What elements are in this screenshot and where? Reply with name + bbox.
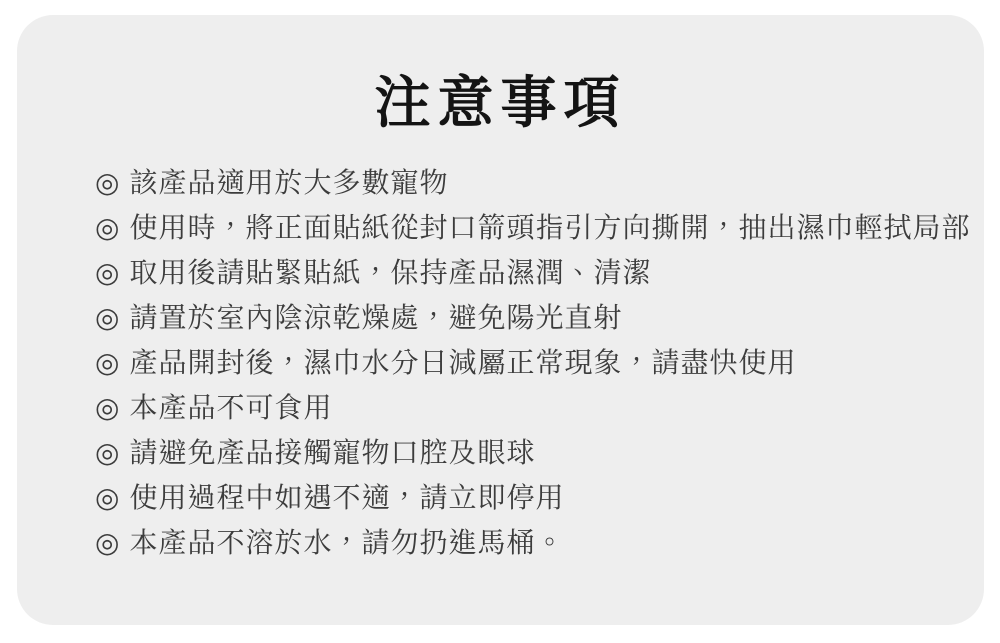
list-item-text: 請避免產品接觸寵物口腔及眼球 [129, 430, 535, 475]
list-item-text: 請置於室內陰涼乾燥處，避免陽光直射 [129, 295, 622, 340]
list-item: ◎ 取用後請貼緊貼紙，保持產品濕潤、清潔 [95, 250, 944, 295]
list-item-text: 本產品不溶於水，請勿扔進馬桶。 [129, 520, 564, 565]
list-item: ◎ 本產品不溶於水，請勿扔進馬桶。 [95, 520, 944, 565]
bullseye-bullet-icon: ◎ [95, 340, 120, 385]
bullseye-bullet-icon: ◎ [95, 475, 120, 520]
bullseye-bullet-icon: ◎ [95, 430, 120, 475]
list-item: ◎ 本產品不可食用 [95, 385, 944, 430]
list-item-text: 使用過程中如遇不適，請立即停用 [129, 475, 564, 520]
bullseye-bullet-icon: ◎ [95, 295, 120, 340]
bullseye-bullet-icon: ◎ [95, 160, 120, 205]
bullseye-bullet-icon: ◎ [95, 205, 120, 250]
list-item-text: 取用後請貼緊貼紙，保持產品濕潤、清潔 [129, 250, 651, 295]
list-item: ◎ 使用過程中如遇不適，請立即停用 [95, 475, 944, 520]
list-item-text: 該產品適用於大多數寵物 [129, 160, 448, 205]
list-item: ◎ 產品開封後，濕巾水分日減屬正常現象，請盡快使用 [95, 340, 944, 385]
list-item-text: 使用時，將正面貼紙從封口箭頭指引方向撕開，抽出濕巾輕拭局部 [129, 205, 970, 250]
bullseye-bullet-icon: ◎ [95, 520, 120, 565]
bullseye-bullet-icon: ◎ [95, 385, 120, 430]
list-item-text: 產品開封後，濕巾水分日減屬正常現象，請盡快使用 [129, 340, 796, 385]
precautions-card: 注意事項 ◎ 該產品適用於大多數寵物 ◎ 使用時，將正面貼紙從封口箭頭指引方向撕… [17, 15, 984, 625]
bullseye-bullet-icon: ◎ [95, 250, 120, 295]
list-item: ◎ 請置於室內陰涼乾燥處，避免陽光直射 [95, 295, 944, 340]
list-item-text: 本產品不可食用 [129, 385, 332, 430]
page-title: 注意事項 [17, 71, 984, 135]
list-item: ◎ 請避免產品接觸寵物口腔及眼球 [95, 430, 944, 475]
precautions-list: ◎ 該產品適用於大多數寵物 ◎ 使用時，將正面貼紙從封口箭頭指引方向撕開，抽出濕… [17, 160, 984, 565]
list-item: ◎ 該產品適用於大多數寵物 [95, 160, 944, 205]
list-item: ◎ 使用時，將正面貼紙從封口箭頭指引方向撕開，抽出濕巾輕拭局部 [95, 205, 944, 250]
